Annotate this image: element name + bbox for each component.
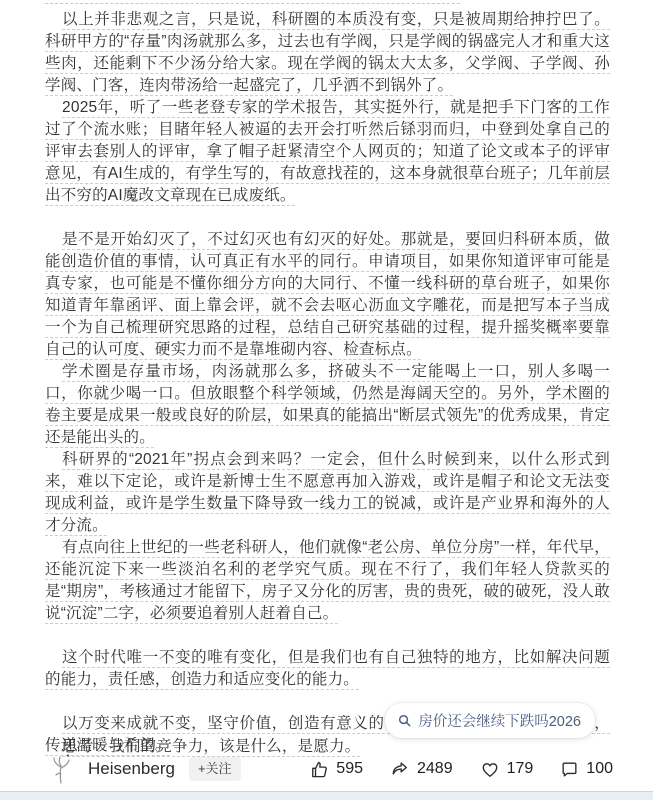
post-paragraph: 是不是开始幻灭了，不过幻灭也有幻灭的好处。那就是，要回归科研本质，做能创造价值的… <box>45 229 610 361</box>
post-paragraph: 科研界的“2021年”拐点会到来吗？一定会，但什么时候到来，以什么形式到来，难以… <box>45 449 610 537</box>
heart-icon <box>480 760 500 779</box>
post-paragraph: 有点向往上世纪的一些老科研人，他们就像“老公房、单位分房”一样，年代早，还能沉淀… <box>45 537 610 625</box>
search-icon <box>397 713 412 728</box>
follow-button[interactable]: +关注 <box>189 757 241 781</box>
cutoff-line-underline <box>45 3 460 4</box>
thumb-up-icon <box>310 760 329 779</box>
heart-count: 179 <box>507 760 534 778</box>
search-suggestion-text: 房价还会继续下跌吗2026 <box>418 710 581 731</box>
like-count: 595 <box>336 760 363 778</box>
post-paragraph: 2025年，听了一些老登专家的学术报告，其实挺外行，就是把手下门客的工作过了个流… <box>45 97 610 207</box>
card-bottom-edge <box>0 791 653 800</box>
author-name[interactable]: Heisenberg <box>88 759 175 779</box>
comment-button[interactable]: 100 <box>560 760 613 779</box>
post-paragraph: 学术圈是存量市场，肉汤就那么多，挤破头不一定能喝上一口，别人多喝一口，你就少喝一… <box>45 361 610 449</box>
author-avatar[interactable] <box>46 752 76 786</box>
search-suggestion-pill[interactable]: 房价还会继续下跌吗2026 <box>385 703 595 738</box>
share-button[interactable]: 2489 <box>390 760 453 779</box>
like-button[interactable]: 595 <box>310 760 363 779</box>
comment-icon <box>560 760 579 779</box>
post-body: 以上并非悲观之言，只是说，科研圈的本质没有变，只是被周期给抻拧巴了。科研甲方的“… <box>45 9 610 757</box>
post-paragraph: 这个时代唯一不变的唯有变化，但是我们也有自己独特的地方，比如解决问题的能力，责任… <box>45 647 610 691</box>
post-footer: Heisenberg +关注 595 2489 <box>46 750 613 788</box>
comment-count: 100 <box>586 760 613 778</box>
heart-button[interactable]: 179 <box>480 760 534 779</box>
post-page: 以上并非悲观之言，只是说，科研圈的本质没有变，只是被周期给抻拧巴了。科研甲方的“… <box>0 0 653 800</box>
engagement-bar: 595 2489 179 <box>310 760 613 779</box>
share-count: 2489 <box>417 760 453 778</box>
share-icon <box>390 760 410 779</box>
post-paragraph: 以上并非悲观之言，只是说，科研圈的本质没有变，只是被周期给抻拧巴了。科研甲方的“… <box>45 9 610 97</box>
